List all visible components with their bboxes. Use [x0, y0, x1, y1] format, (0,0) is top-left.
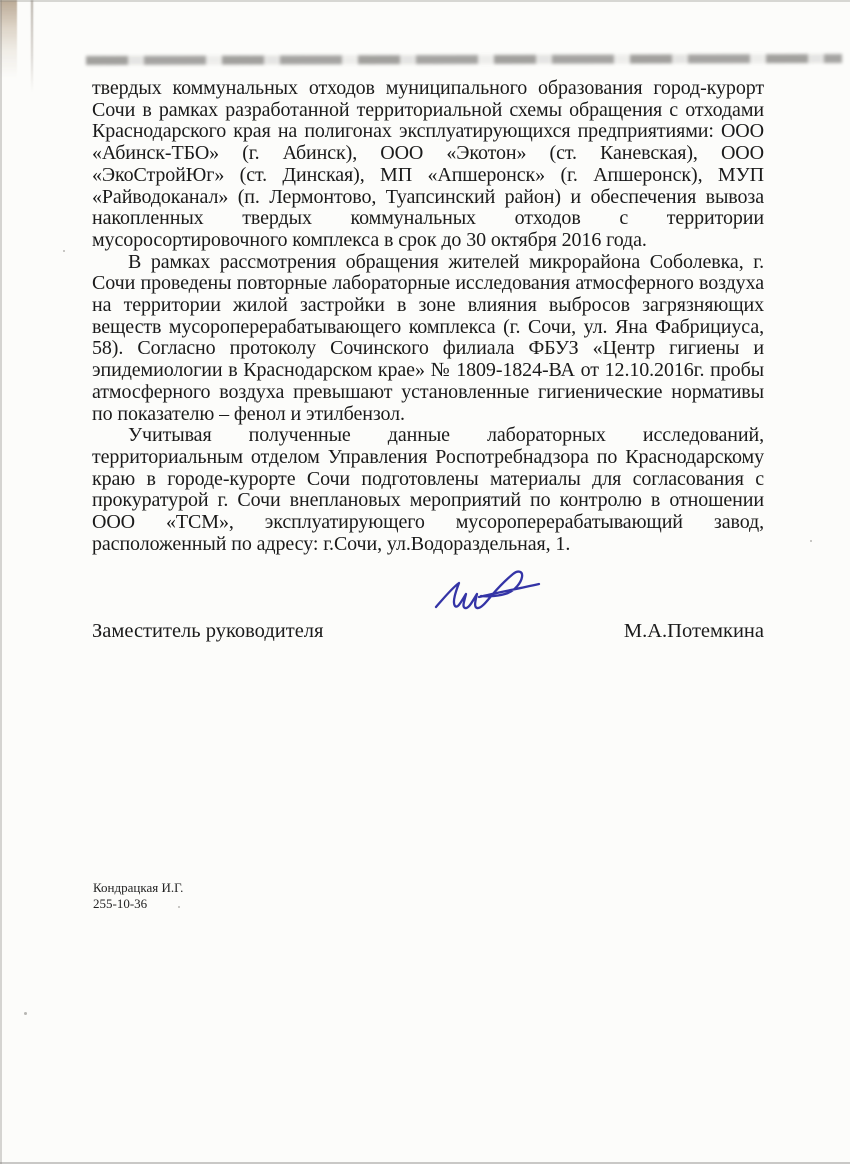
paragraph-inspection-measures: Учитывая полученные данные лабораторных …	[92, 425, 764, 555]
signature-stroke	[436, 572, 539, 608]
scan-speckle	[810, 540, 812, 542]
scan-speckle	[24, 1012, 27, 1015]
letter-body: твердых коммунальных отходов муниципальн…	[92, 78, 764, 555]
executor-footer: Кондрацкая И.Г. 255-10-36	[93, 880, 183, 911]
signature-row: Заместитель руководителя М.А.Потемкина	[92, 620, 764, 642]
executor-name: Кондрацкая И.Г.	[93, 880, 183, 896]
scan-page-edge-line	[31, 0, 33, 92]
scan-corner-shadow	[0, 0, 17, 78]
scan-top-edge	[0, 0, 850, 2]
scan-speckle	[63, 250, 65, 252]
executor-phone: 255-10-36	[93, 896, 183, 912]
scan-left-edge	[0, 0, 2, 1164]
signer-name: М.А.Потемкина	[624, 620, 764, 642]
signer-title: Заместитель руководителя	[92, 620, 323, 642]
scan-smudge-band	[86, 54, 842, 65]
paragraph-waste-disposal: твердых коммунальных отходов муниципальн…	[92, 78, 764, 252]
handwritten-signature	[433, 561, 549, 615]
paragraph-air-research: В рамках рассмотрения обращения жителей …	[92, 252, 764, 426]
